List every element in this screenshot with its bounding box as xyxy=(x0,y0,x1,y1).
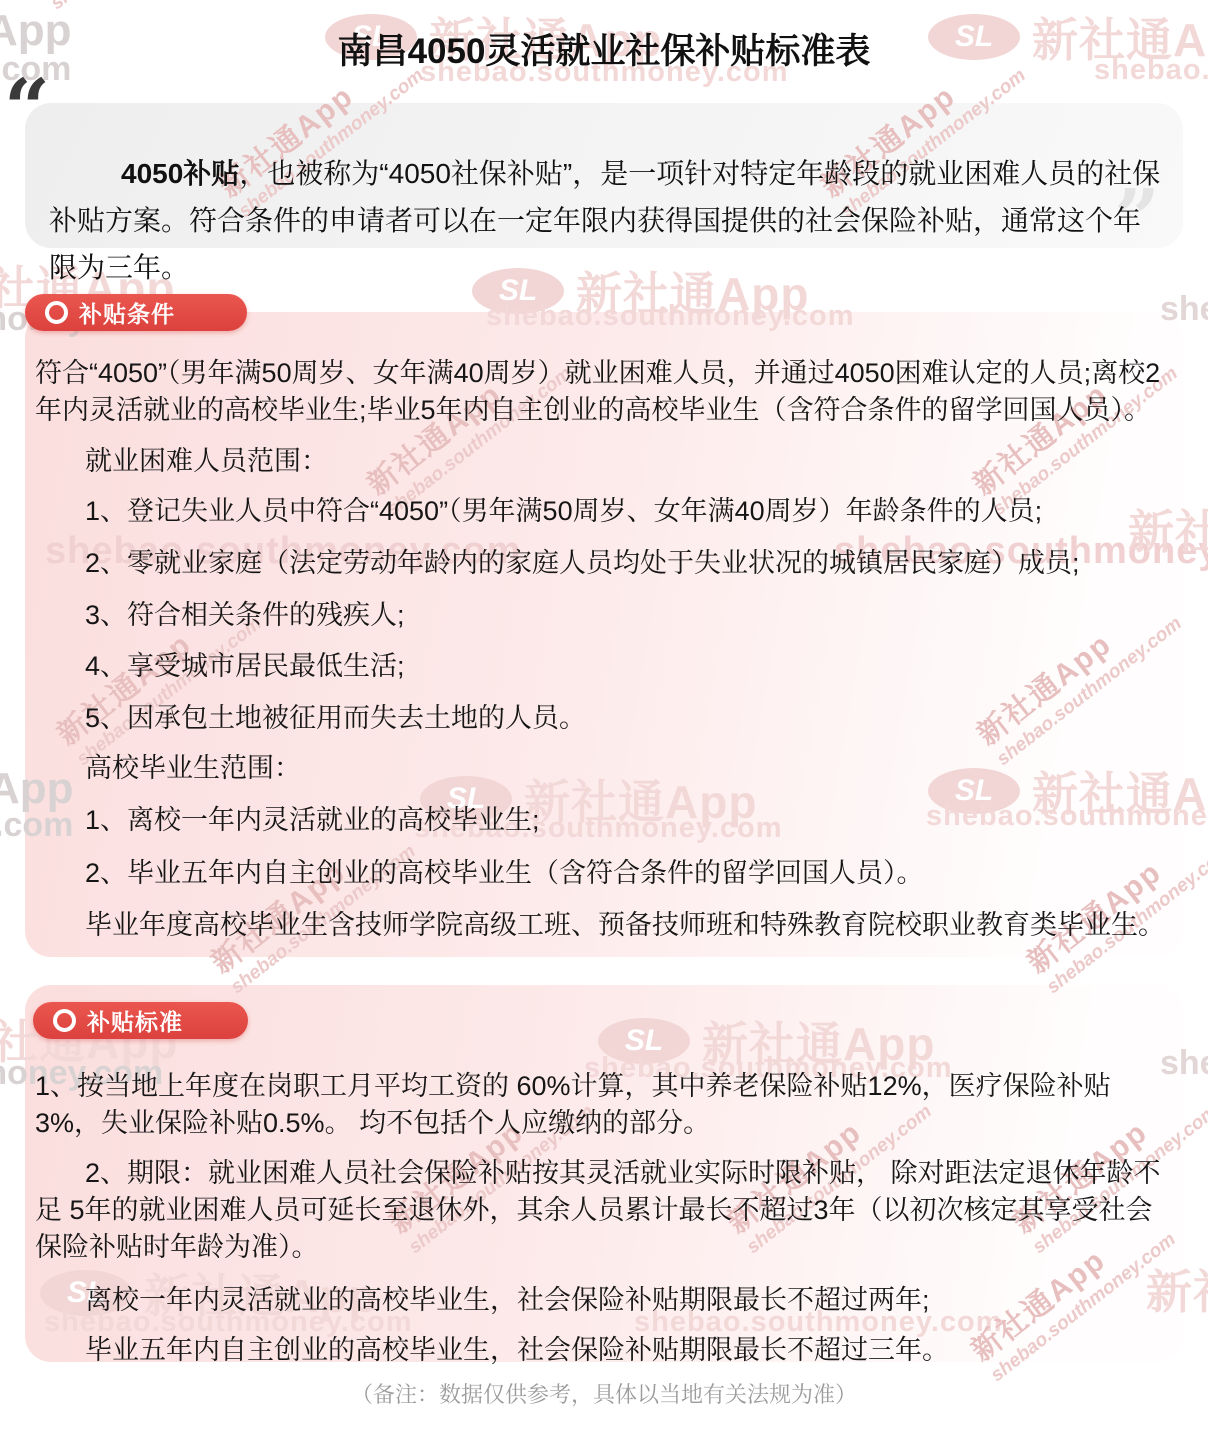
intro-paragraph: 4050补贴，也被称为“4050社保补贴”，是一项针对特定年龄段的就业困难人员的… xyxy=(49,150,1161,291)
standards-badge-label: 补贴标准 xyxy=(87,1004,183,1037)
list-item: 5、因承包土地被征用而失去土地的人员。 xyxy=(85,700,586,737)
list-item: 3、符合相关条件的残疾人; xyxy=(85,597,405,634)
article-page: App.comSL新社通Appshebao.southmoney.comSL新社… xyxy=(0,0,1208,1446)
list-item: 就业困难人员范围： xyxy=(85,443,328,480)
footer-note: （备注：数据仅供参考，具体以当地有关法规为准） xyxy=(0,1378,1208,1409)
standards-paragraph: 毕业五年内自主创业的高校毕业生，社会保险补贴期限最长不超过三年。 xyxy=(85,1332,949,1369)
conditions-badge-label: 补贴条件 xyxy=(79,296,175,329)
list-item: 毕业年度高校毕业生含技师学院高级工班、预备技师班和特殊教育院校职业教育类毕业生。 xyxy=(85,907,1165,944)
list-item: 4、享受城市居民最低生活; xyxy=(85,648,405,685)
circle-icon xyxy=(45,301,68,324)
standards-paragraph: 2、期限：就业困难人员社会保险补贴按其灵活就业实际时限补贴， 除对距法定退休年龄… xyxy=(35,1155,1165,1266)
list-item: 1、离校一年内灵活就业的高校毕业生; xyxy=(85,802,540,839)
list-item: 高校毕业生范围： xyxy=(85,750,301,787)
standards-paragraph: 1、按当地上年度在岗职工月平均工资的 60%计算，其中养老保险补贴12%，医疗保… xyxy=(35,1068,1165,1142)
content-layer: 南昌4050灵活就业社保补贴标准表 “ ” 4050补贴，也被称为“4050社保… xyxy=(0,0,1208,1446)
standards-badge: 补贴标准 xyxy=(33,1002,248,1039)
conditions-intro: 符合“4050”（男年满50周岁、女年满40周岁）就业困难人员，并通过4050困… xyxy=(35,355,1170,429)
open-quote-icon: “ xyxy=(4,68,50,148)
list-item: 2、毕业五年内自主创业的高校毕业生（含符合条件的留学回国人员）。 xyxy=(85,855,924,892)
conditions-badge: 补贴条件 xyxy=(25,294,247,331)
standards-paragraph: 离校一年内灵活就业的高校毕业生，社会保险补贴期限最长不超过两年; xyxy=(85,1282,930,1319)
list-item: 1、登记失业人员中符合“4050”（男年满50周岁、女年满40周岁）年龄条件的人… xyxy=(85,493,1042,530)
page-title: 南昌4050灵活就业社保补贴标准表 xyxy=(0,24,1208,74)
intro-lead: 4050补贴 xyxy=(121,158,239,189)
circle-icon xyxy=(53,1009,76,1032)
list-item: 2、零就业家庭（法定劳动年龄内的家庭人员均处于失业状况的城镇居民家庭）成员; xyxy=(85,545,1080,582)
